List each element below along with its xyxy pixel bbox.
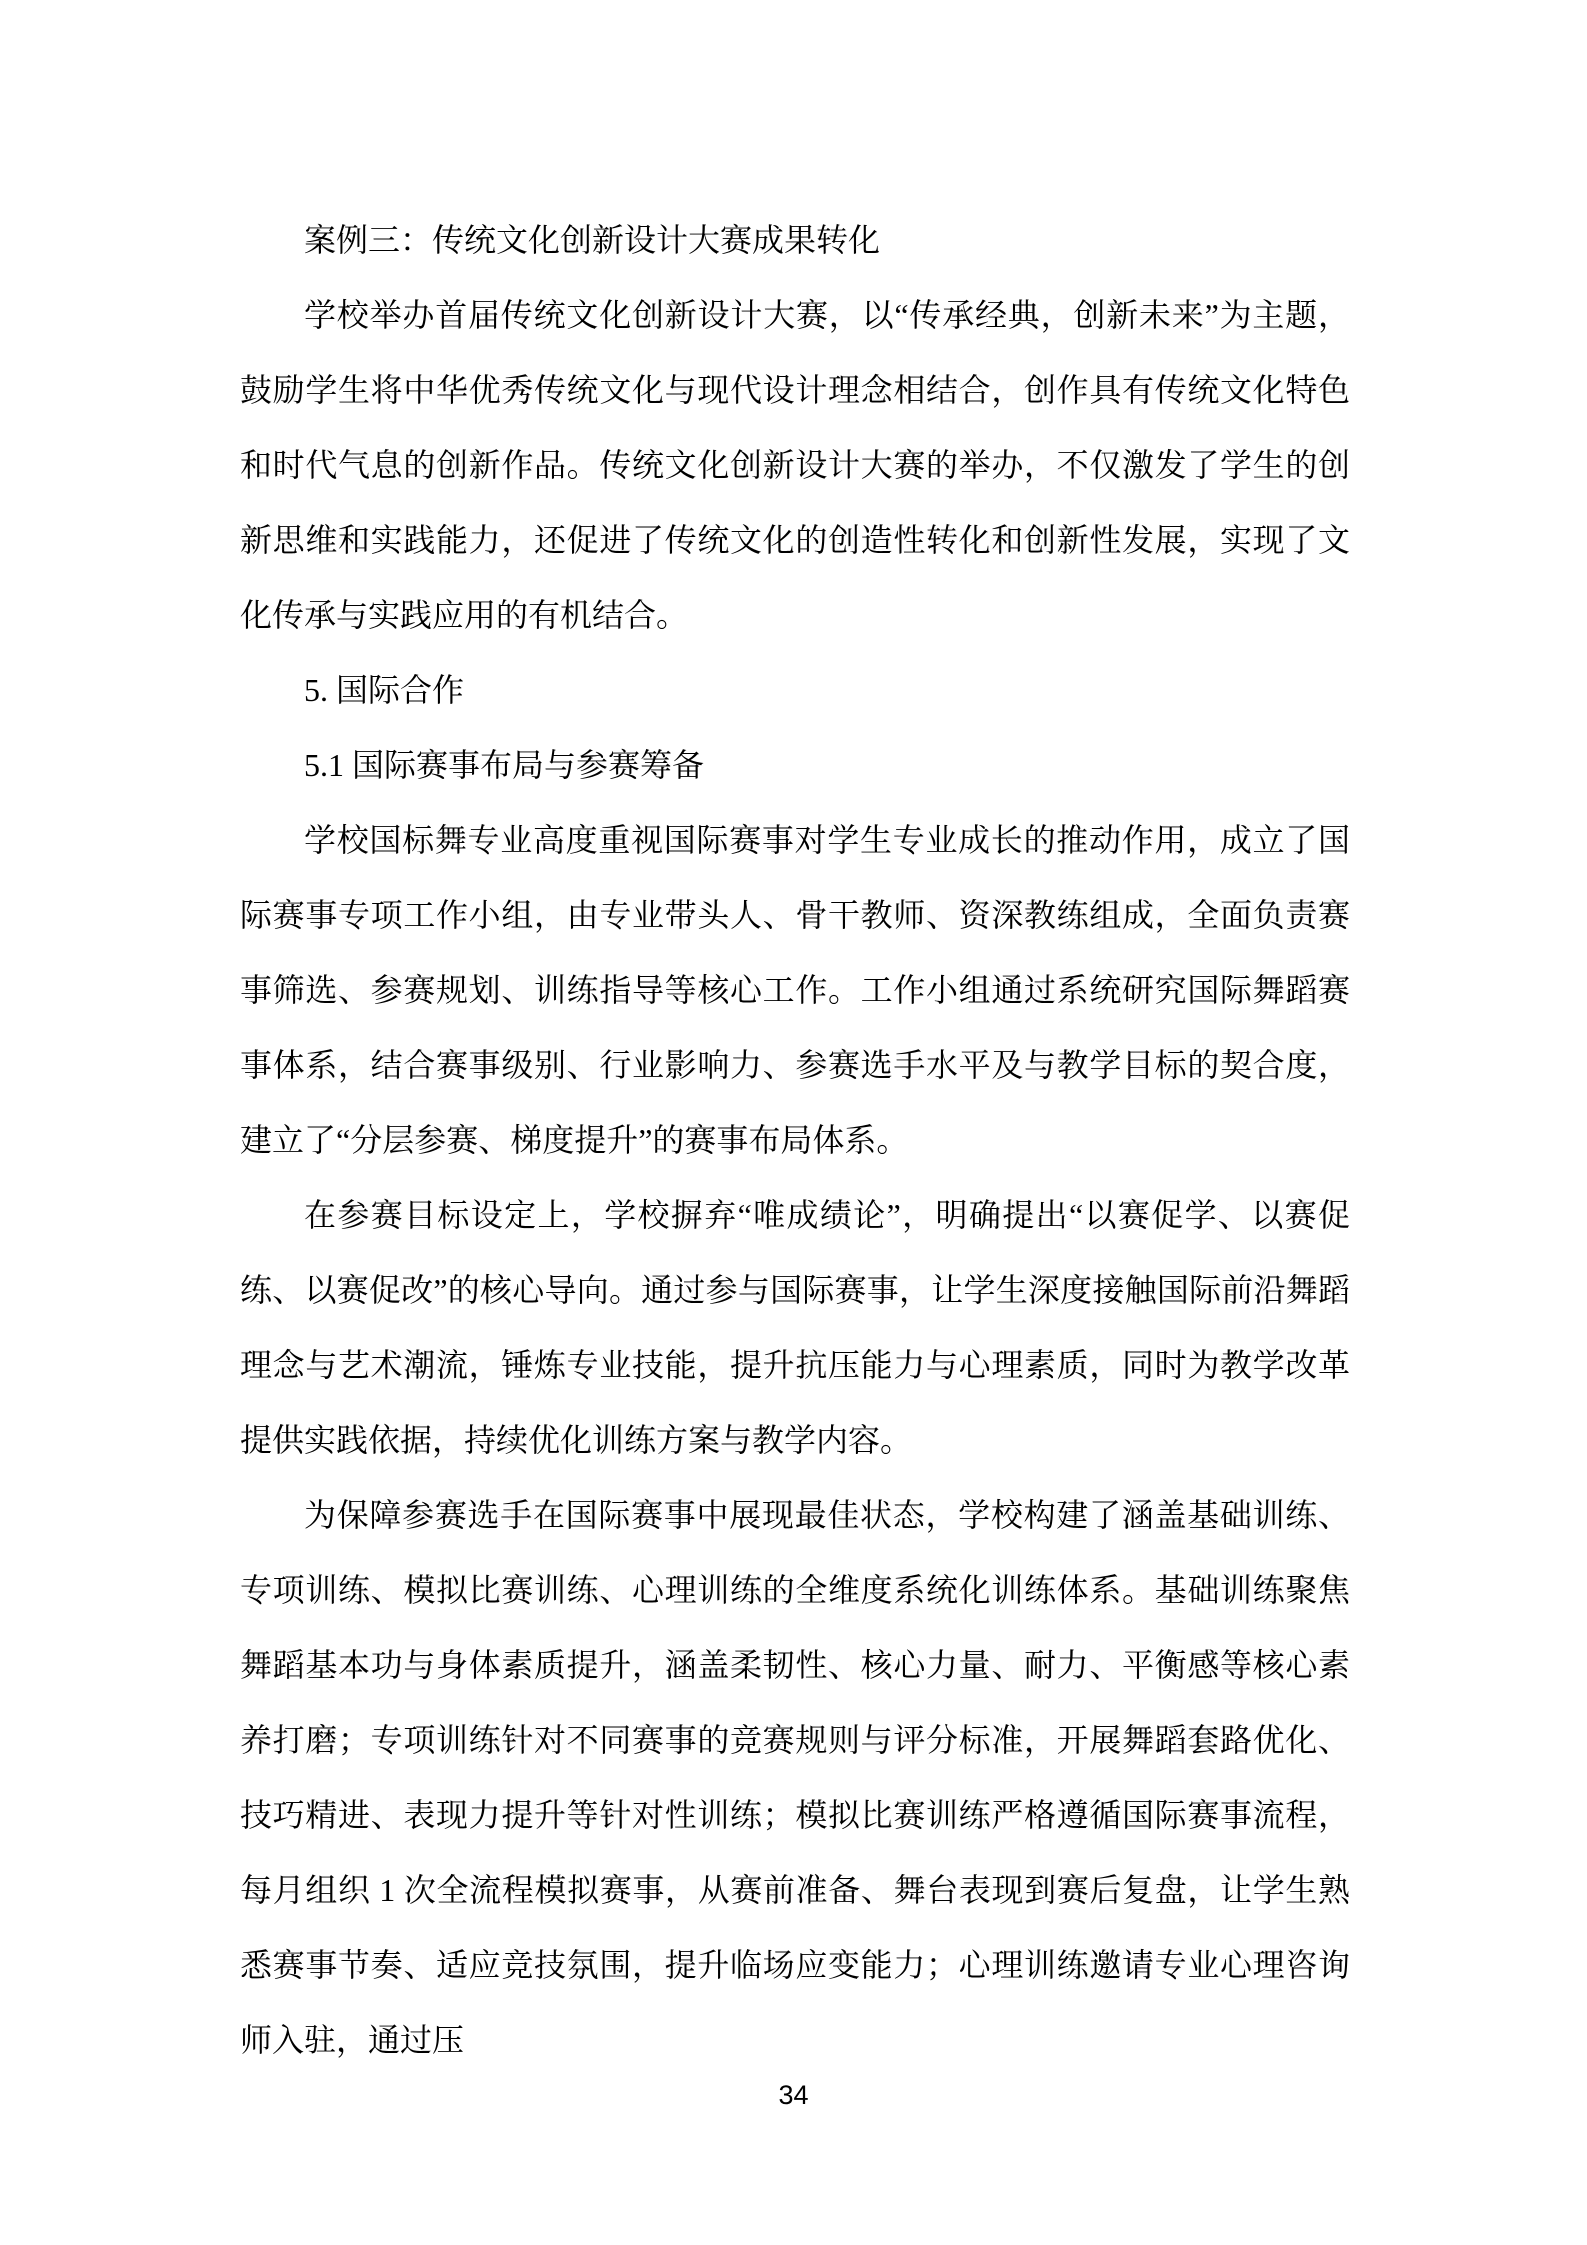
paragraph: 在参赛目标设定上，学校摒弃“唯成绩论”，明确提出“以赛促学、以赛促练、以赛促改”… [240, 1178, 1350, 1478]
paragraph: 学校国标舞专业高度重视国际赛事对学生专业成长的推动作用，成立了国际赛事专项工作小… [240, 803, 1350, 1178]
page-number: 34 [0, 2080, 1587, 2110]
section-heading: 5. 国际合作 [240, 653, 1350, 728]
case-heading: 案例三：传统文化创新设计大赛成果转化 [240, 203, 1350, 278]
document-body: 案例三：传统文化创新设计大赛成果转化 学校举办首届传统文化创新设计大赛，以“传承… [240, 203, 1350, 2078]
paragraph: 学校举办首届传统文化创新设计大赛，以“传承经典，创新未来”为主题，鼓励学生将中华… [240, 278, 1350, 653]
subsection-heading: 5.1 国际赛事布局与参赛筹备 [240, 728, 1350, 803]
paragraph: 为保障参赛选手在国际赛事中展现最佳状态，学校构建了涵盖基础训练、专项训练、模拟比… [240, 1478, 1350, 2078]
document-page: 案例三：传统文化创新设计大赛成果转化 学校举办首届传统文化创新设计大赛，以“传承… [0, 0, 1587, 2245]
